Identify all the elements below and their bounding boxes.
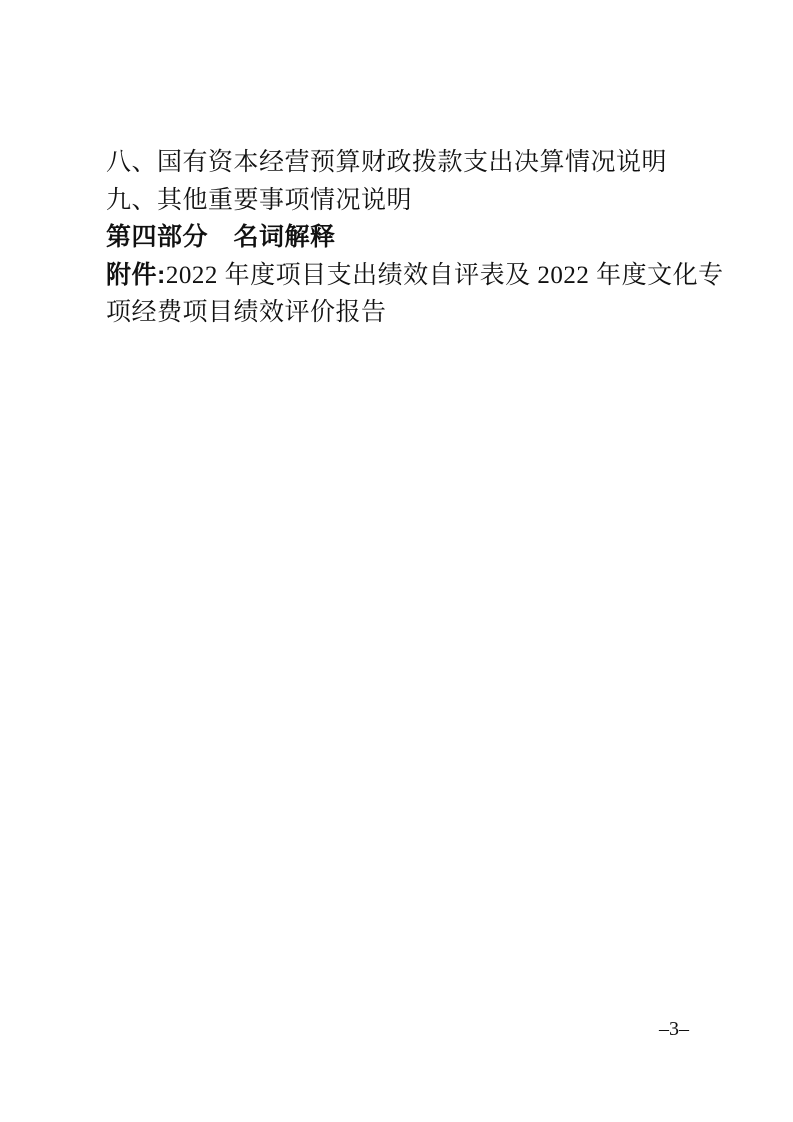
toc-line-8: 八、国有资本经营预算财政拨款支出决算情况说明 (106, 144, 706, 182)
page-number: –3– (659, 1019, 689, 1039)
document-page: 八、国有资本经营预算财政拨款支出决算情况说明 九、其他重要事项情况说明 第四部分… (0, 0, 793, 1122)
text-block: 八、国有资本经营预算财政拨款支出决算情况说明 九、其他重要事项情况说明 第四部分… (106, 144, 706, 332)
attachment-text-1: 2022 年度项目支出绩效自评表及 2022 年度文化专 (166, 262, 724, 289)
section-heading: 第四部分 名词解释 (106, 219, 706, 257)
attachment-line-2: 项经费项目绩效评价报告 (106, 294, 706, 332)
attachment-label: 附件: (106, 261, 166, 289)
attachment-line-1: 附件:2022 年度项目支出绩效自评表及 2022 年度文化专 (106, 257, 706, 295)
toc-line-9: 九、其他重要事项情况说明 (106, 182, 706, 220)
